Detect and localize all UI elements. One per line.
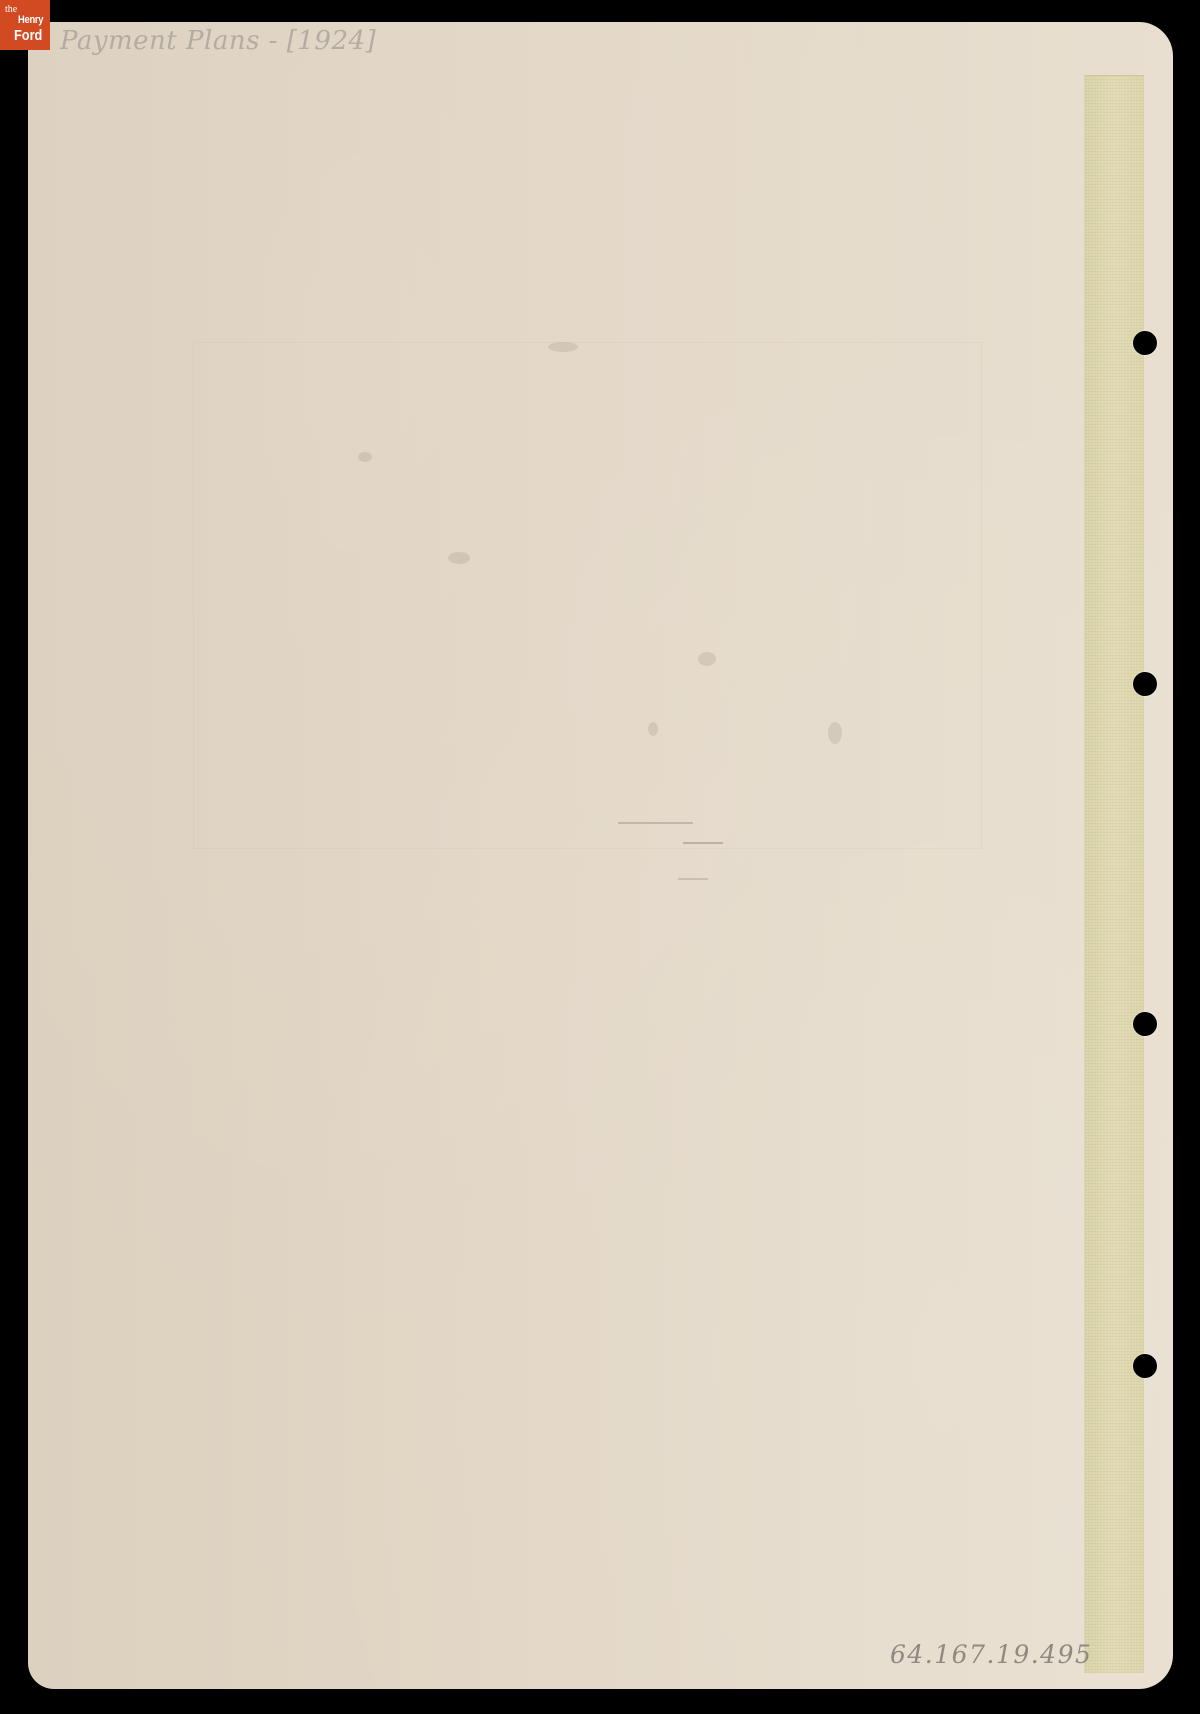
document-sheet — [28, 22, 1173, 1689]
ink-speck — [648, 722, 658, 736]
ink-speck — [828, 722, 842, 744]
binding-reinforcement-strip — [1084, 75, 1144, 1673]
logo-the: the — [5, 5, 17, 15]
show-through-line — [618, 822, 693, 824]
punch-hole — [1133, 672, 1157, 696]
logo-ford: Ford — [14, 28, 42, 43]
punch-hole — [1133, 1012, 1157, 1036]
ink-speck — [448, 552, 470, 564]
ink-speck — [548, 342, 578, 352]
ink-speck — [698, 652, 716, 666]
show-through-line — [683, 842, 723, 844]
show-through-printed-area — [193, 342, 982, 849]
the-henry-ford-logo: the Henry Ford — [0, 0, 50, 50]
punch-hole — [1133, 1354, 1157, 1378]
ink-speck — [358, 452, 372, 462]
handwritten-title: Payment Plans - [1924] — [60, 26, 376, 56]
show-through-line — [678, 878, 708, 880]
logo-henry: Henry — [18, 15, 43, 26]
punch-hole — [1133, 331, 1157, 355]
accession-number: 64.167.19.495 — [890, 1640, 1092, 1669]
